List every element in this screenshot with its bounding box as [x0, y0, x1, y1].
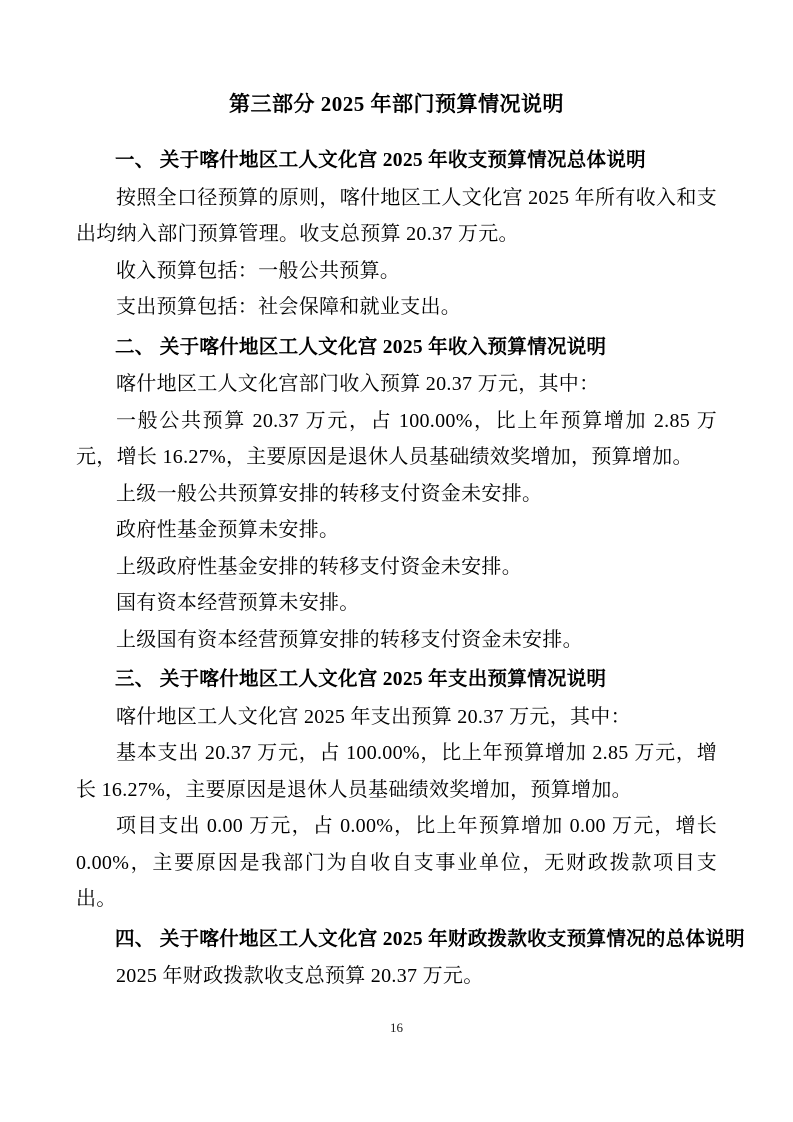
document-page: 第三部分 2025 年部门预算情况说明 一、 关于喀什地区工人文化宫 2025 …: [0, 0, 793, 1122]
paragraph: 支出预算包括：社会保障和就业支出。: [76, 289, 717, 326]
paragraph: 国有资本经营预算未安排。: [76, 585, 717, 622]
paragraph: 一般公共预算 20.37 万元，占 100.00%，比上年预算增加 2.85 万…: [76, 403, 717, 476]
paragraph: 基本支出 20.37 万元，占 100.00%，比上年预算增加 2.85 万元，…: [76, 735, 717, 808]
paragraph: 喀什地区工人文化宫 2025 年支出预算 20.37 万元，其中：: [76, 699, 717, 736]
paragraph: 2025 年财政拨款收支总预算 20.37 万元。: [76, 958, 717, 995]
page-number: 16: [0, 1020, 793, 1036]
paragraph: 上级一般公共预算安排的转移支付资金未安排。: [76, 476, 717, 513]
section-heading-2: 二、 关于喀什地区工人文化宫 2025 年收入预算情况说明: [76, 330, 717, 367]
paragraph: 项目支出 0.00 万元，占 0.00%，比上年预算增加 0.00 万元，增长 …: [76, 808, 717, 918]
paragraph: 按照全口径预算的原则，喀什地区工人文化宫 2025 年所有收入和支出均纳入部门预…: [76, 180, 717, 253]
section-heading-1: 一、 关于喀什地区工人文化宫 2025 年收支预算情况总体说明: [76, 143, 717, 180]
page-title: 第三部分 2025 年部门预算情况说明: [76, 84, 717, 124]
paragraph: 收入预算包括：一般公共预算。: [76, 253, 717, 290]
paragraph: 上级政府性基金安排的转移支付资金未安排。: [76, 549, 717, 586]
paragraph: 政府性基金预算未安排。: [76, 512, 717, 549]
section-heading-4: 四、 关于喀什地区工人文化宫 2025 年财政拨款收支预算情况的总体说明: [76, 922, 717, 959]
paragraph: 喀什地区工人文化宫部门收入预算 20.37 万元，其中：: [76, 366, 717, 403]
document-body: 第三部分 2025 年部门预算情况说明 一、 关于喀什地区工人文化宫 2025 …: [76, 84, 717, 995]
section-heading-3: 三、 关于喀什地区工人文化宫 2025 年支出预算情况说明: [76, 662, 717, 699]
paragraph: 上级国有资本经营预算安排的转移支付资金未安排。: [76, 622, 717, 659]
